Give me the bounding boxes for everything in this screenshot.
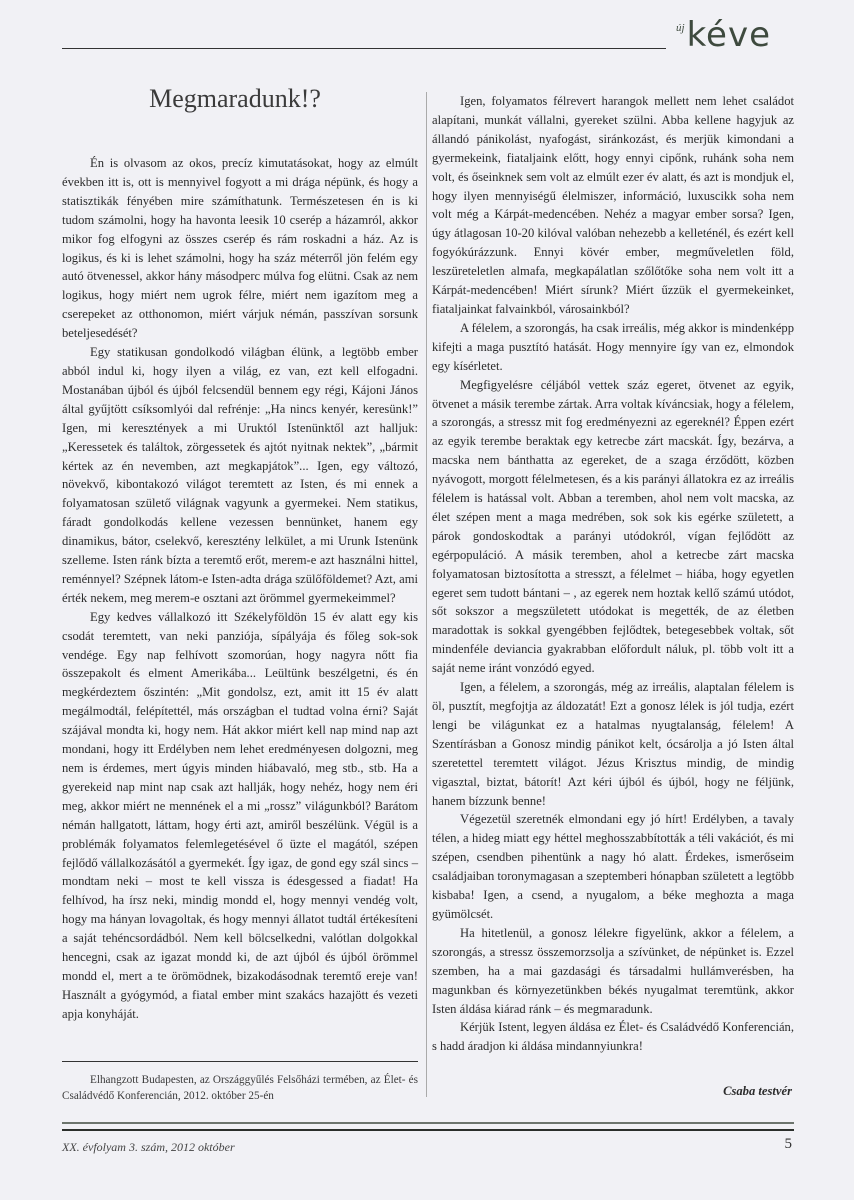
header-rule xyxy=(62,48,666,49)
author-signature: Csaba testvér xyxy=(723,1084,792,1099)
paragraph: Egy statikusan gondolkodó világban élünk… xyxy=(62,343,418,608)
paragraph: Kérjük Istent, legyen áldása ez Élet- és… xyxy=(432,1018,794,1056)
column-divider xyxy=(426,92,427,1097)
footnote-text: Elhangzott Budapesten, az Országgyűlés F… xyxy=(62,1072,418,1104)
left-column: Én is olvasom az okos, precíz kimutatáso… xyxy=(62,154,418,1024)
paragraph: Én is olvasom az okos, precíz kimutatáso… xyxy=(62,154,418,343)
article-title: Megmaradunk!? xyxy=(62,84,408,114)
footnote: Elhangzott Budapesten, az Országgyűlés F… xyxy=(62,1072,418,1104)
footer-rule xyxy=(62,1122,794,1131)
right-column: Igen, folyamatos félrevert harangok mell… xyxy=(432,92,794,1056)
paragraph: Igen, a félelem, a szorongás, még az irr… xyxy=(432,678,794,810)
magazine-logo: új kéve xyxy=(676,16,771,54)
paragraph: Egy kedves vállalkozó itt Székelyföldön … xyxy=(62,608,418,1024)
logo-prefix: új xyxy=(676,22,685,34)
logo-name: kéve xyxy=(687,16,771,54)
paragraph: Megfigyelésre céljából vettek száz egere… xyxy=(432,376,794,679)
paragraph: Végezetül szeretnék elmondani egy jó hír… xyxy=(432,810,794,923)
issue-info: XX. évfolyam 3. szám, 2012 október xyxy=(62,1140,235,1155)
paragraph: Igen, folyamatos félrevert harangok mell… xyxy=(432,92,794,319)
paragraph: A félelem, a szorongás, ha csak irreális… xyxy=(432,319,794,376)
page-number: 5 xyxy=(785,1136,793,1153)
paragraph: Ha hitetlenül, a gonosz lélekre figyelün… xyxy=(432,924,794,1019)
footnote-rule xyxy=(62,1061,418,1062)
